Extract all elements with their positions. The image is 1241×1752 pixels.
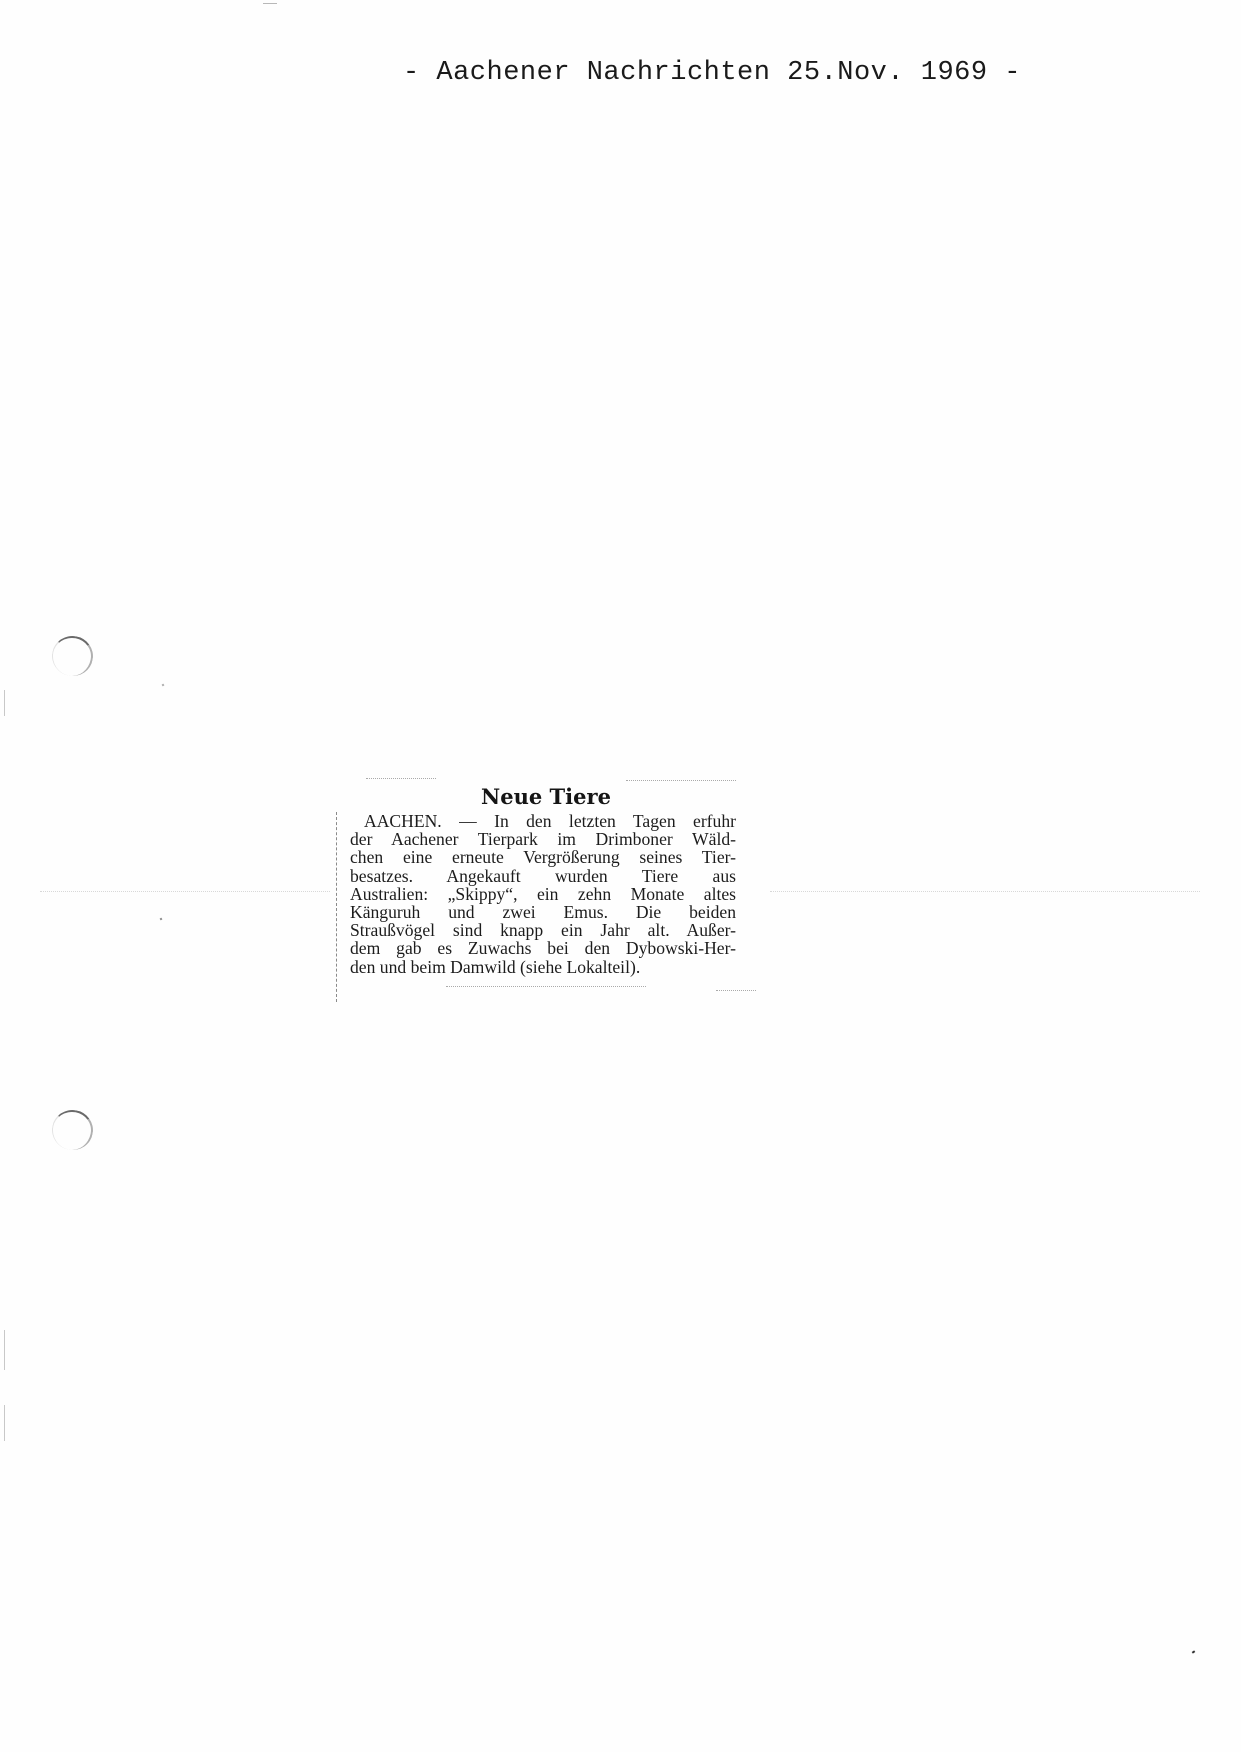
clipping-edge-noise <box>366 778 436 780</box>
document-header: - Aachener Nachrichten 25.Nov. 1969 - <box>403 58 1021 88</box>
scan-edge-mark <box>4 1330 5 1370</box>
clipping-headline: Neue Tiere <box>336 784 746 809</box>
punch-hole-icon <box>49 1107 96 1154</box>
clipping-line: AACHEN. — In den letzten Tagen erfuhr <box>350 812 736 830</box>
clipping-line: Australien: „Skippy“, ein zehn Monate al… <box>350 885 736 903</box>
clipping-line: chen eine erneute Vergrößerung seines Ti… <box>350 848 736 866</box>
clipping-line: dem gab es Zuwachs bei den Dybowski-Her- <box>350 939 736 957</box>
clipping-edge-noise <box>626 780 736 782</box>
clipping-body: AACHEN. — In den letzten Tagen erfuhr de… <box>350 812 736 976</box>
clipping-line: Straußvögel sind knapp ein Jahr alt. Auß… <box>350 921 736 939</box>
scan-fold-line <box>40 891 330 893</box>
clipping-edge-noise <box>446 986 646 988</box>
scan-edge-mark <box>4 1405 5 1441</box>
scan-fold-line <box>770 891 1200 893</box>
clipping-edge-noise <box>716 990 756 992</box>
clipping-line: besatzes. Angekauft wurden Tiere aus <box>350 867 736 885</box>
clipping-cut-edge <box>336 812 338 1002</box>
scan-speck <box>1192 1650 1196 1653</box>
newspaper-clipping: Neue Tiere AACHEN. — In den letzten Tage… <box>336 772 766 1004</box>
scan-artifact-mark <box>263 3 277 4</box>
scan-speck <box>162 684 165 687</box>
scan-speck <box>160 918 163 921</box>
clipping-line: der Aachener Tierpark im Drimboner Wäld- <box>350 830 736 848</box>
clipping-line: Känguruh und zwei Emus. Die beiden <box>350 903 736 921</box>
punch-hole-icon <box>49 633 96 680</box>
scan-edge-mark <box>4 690 5 716</box>
clipping-line: den und beim Damwild (siehe Lokalteil). <box>350 958 736 976</box>
